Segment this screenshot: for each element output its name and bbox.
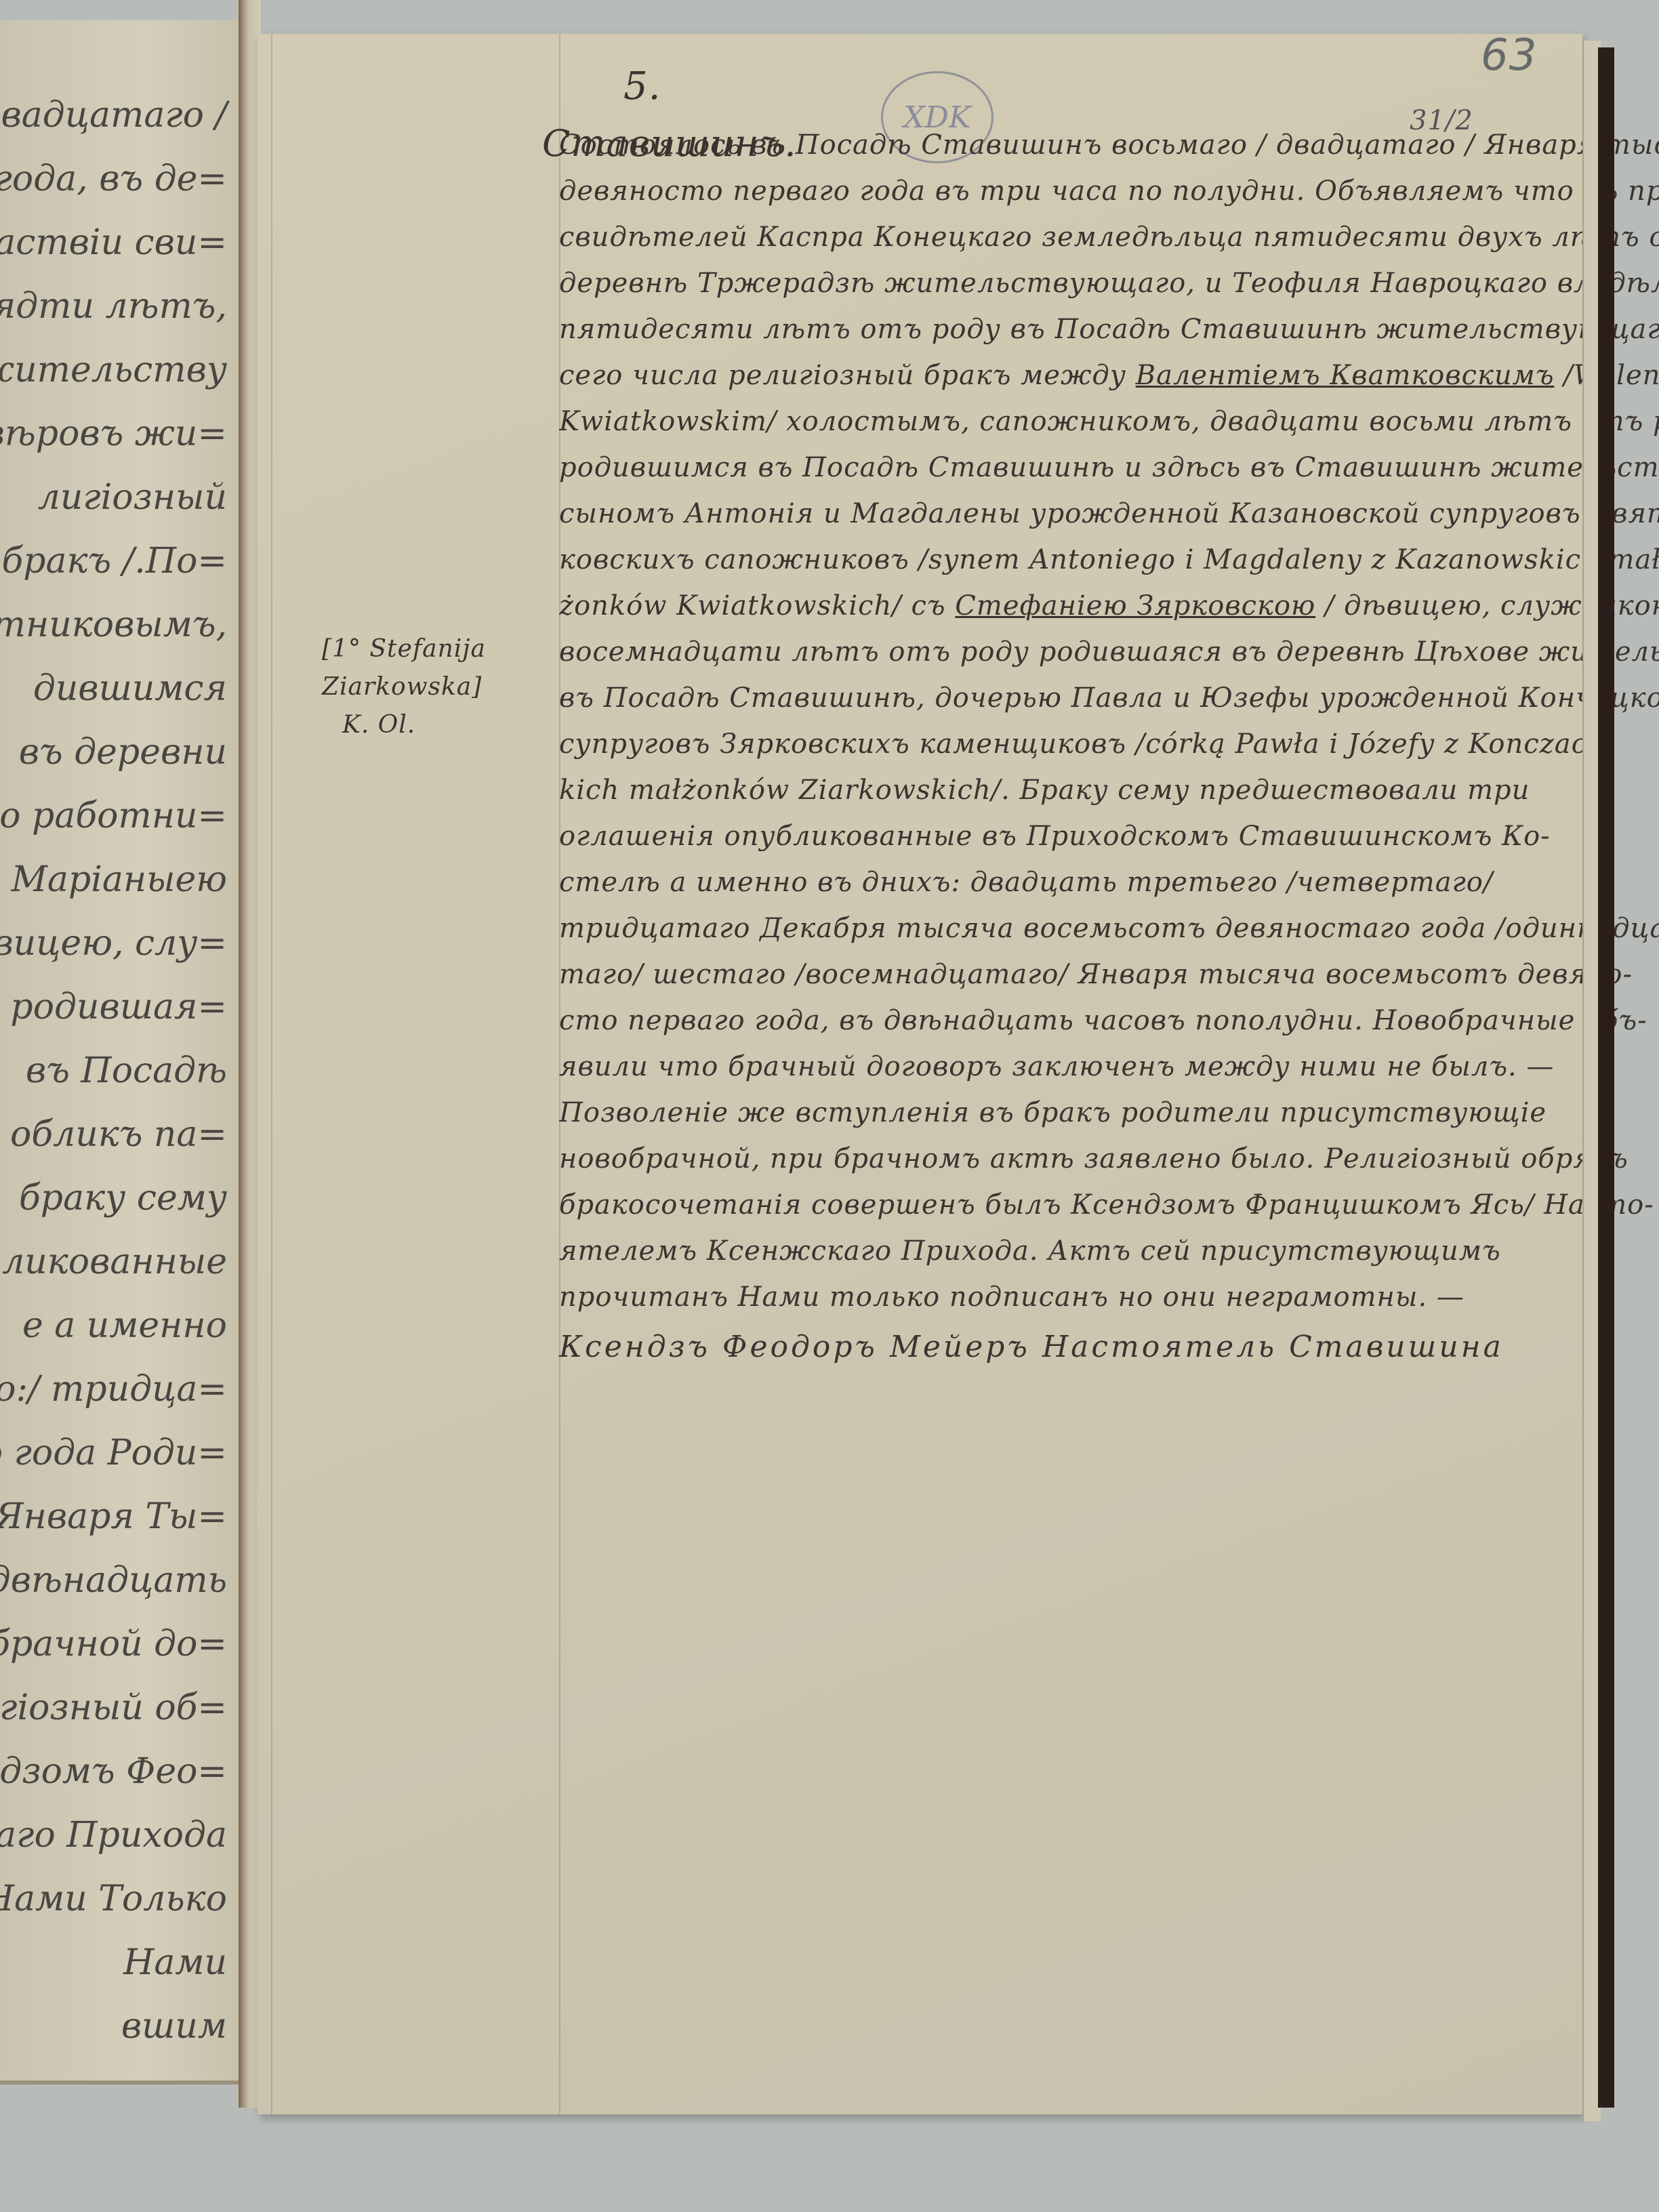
left-page-fragment-line: бракъ /.По= [1, 541, 227, 581]
margin-note-line: Ziarkowska] [322, 668, 525, 706]
record-line: супруговъ Зярковскихъ каменщиковъ /córką… [559, 721, 1659, 767]
left-page-fragment-line: обликъ па= [10, 1114, 227, 1155]
left-page-fragment-line: Маріаныею [12, 859, 227, 900]
left-page-fragment-line: ваго года Роди= [0, 1433, 227, 1473]
left-page-fragment-line: въ деревни [19, 732, 227, 773]
left-page-fragment-line: дившимся [33, 668, 227, 709]
record-line: żonków Kwiatkowskich/ съ Стефаніею Зярко… [559, 583, 1659, 629]
left-page-fragment-line: вицею, слу= [0, 923, 227, 964]
record-line: родившимся въ Посадѣ Ставишинѣ и здѣсь в… [559, 445, 1659, 491]
book-cover-edge [1598, 47, 1614, 2108]
left-page-fragment-line: Нами Только [0, 1879, 227, 1919]
record-line: Состоялось въ Посадѣ Ставишинъ восьмаго … [559, 122, 1659, 168]
left-page-fragment-line: Января Ты= [0, 1496, 227, 1537]
margin-annotation: [1° Stefanija Ziarkowska] K. Ol. [322, 630, 525, 744]
left-page-fragment-line: ндзомъ Фео= [0, 1751, 227, 1792]
record-line: восемнадцати лѣтъ отъ роду родившаяся въ… [559, 629, 1659, 675]
left-page-fragment-line: частвіи сви= [0, 222, 227, 263]
record-line: бракосочетанія совершенъ былъ Ксендзомъ … [559, 1182, 1659, 1228]
left-page-fragment-line: браку сему [19, 1178, 227, 1218]
left-page-fragment-line: брачной до= [0, 1624, 227, 1664]
record-line: ятелемъ Ксенжскаго Прихода. Актъ сей при… [559, 1228, 1659, 1274]
record-line: сего числа религіозный бракъ между Вален… [559, 352, 1659, 398]
record-line: въ Посадѣ Ставишинѣ, дочерью Павла и Юзе… [559, 675, 1659, 721]
record-line: ковскихъ сапожниковъ /synem Antoniego i … [559, 537, 1659, 583]
record-line: оглашенія опубликованные въ Приходскомъ … [559, 813, 1659, 859]
record-line: свидѣтелей Каспра Конецкаго земледѣльца … [559, 214, 1659, 260]
left-page-fragment-line: ликованные [2, 1242, 227, 1282]
record-line: пятидесяти лѣтъ отъ роду въ Посадѣ Стави… [559, 306, 1659, 352]
record-body: Состоялось въ Посадѣ Ставишинъ восьмаго … [559, 122, 1659, 1374]
right-page: 63 31/2 XDK 5. Ставишинъ. [1° Stefanija … [258, 34, 1582, 2114]
record-line: стелѣ а именно въ днихъ: двадцать третье… [559, 859, 1659, 905]
record-line: прочитанъ Нами только подписанъ но они н… [559, 1274, 1659, 1320]
record-line: девяносто перваго года въ три часа по по… [559, 168, 1659, 214]
left-page-fragment-line: двадцатаго / [0, 95, 227, 136]
left-page-fragment-line: ко работни= [0, 796, 227, 836]
record-line: таго/ шестаго /восемнадцатаго/ Января ты… [559, 951, 1659, 998]
priest-signature: Ксендзъ Феодоръ Мейеръ Настоятель Ставиш… [559, 1320, 1659, 1374]
record-line: Kwiatkowskim/ холостымъ, сапожникомъ, дв… [559, 398, 1659, 445]
left-page-fragment-line: ваго года, въ де= [0, 159, 227, 199]
left-page-fragment-line: ядти лѣтъ, [0, 286, 227, 327]
left-page: двадцатаго /ваго года, въ де=частвіи сви… [0, 20, 241, 2085]
entry-number: 5. [623, 64, 661, 108]
left-margin-rule [271, 34, 272, 2114]
record-line: деревнѣ Тржерадзѣ жительствующаго, и Тео… [559, 260, 1659, 306]
left-page-fragment-line: двѣнадцать [0, 1560, 227, 1601]
left-page-fragment-line: е а именно [22, 1305, 227, 1346]
left-page-fragment-line: вскаго Прихода [0, 1815, 227, 1856]
left-page-fragment-line: Нами [123, 1942, 227, 1983]
left-page-fragment-line: Звѣровъ жи= [0, 413, 227, 454]
page-number: 63 [1481, 30, 1537, 81]
margin-note-line: K. Ol. [322, 706, 525, 744]
left-page-fragment-line: лигіозный об= [0, 1687, 227, 1728]
record-line: явили что брачный договоръ заключенъ меж… [559, 1044, 1659, 1090]
left-page-fragment-line: тниковымъ, [0, 605, 227, 645]
left-page-fragment-line: въ Посадѣ [26, 1050, 227, 1091]
left-page-fragment-line: о:/ тридца= [0, 1369, 227, 1410]
record-line: kich małżonków Ziarkowskich/. Браку сему… [559, 767, 1659, 813]
left-page-fragment-line: родившая= [10, 987, 227, 1027]
record-line: сто перваго года, въ двѣнадцать часовъ п… [559, 998, 1659, 1044]
left-page-fragment-line: вшим [121, 2006, 227, 2047]
record-line: тридцатаго Декабря тысяча восемьсотъ дев… [559, 905, 1659, 951]
left-page-fragment-line: жительству [0, 350, 227, 390]
left-page-fragment-line: лигіозный [38, 477, 227, 518]
record-line: новобрачной, при брачномъ актѣ заявлено … [559, 1136, 1659, 1182]
margin-note-line: [1° Stefanija [322, 630, 525, 668]
record-line: Позволеніе же вступленія въ бракъ родите… [559, 1090, 1659, 1136]
record-line: сыномъ Антонія и Магдалены урожденной Ка… [559, 491, 1659, 537]
